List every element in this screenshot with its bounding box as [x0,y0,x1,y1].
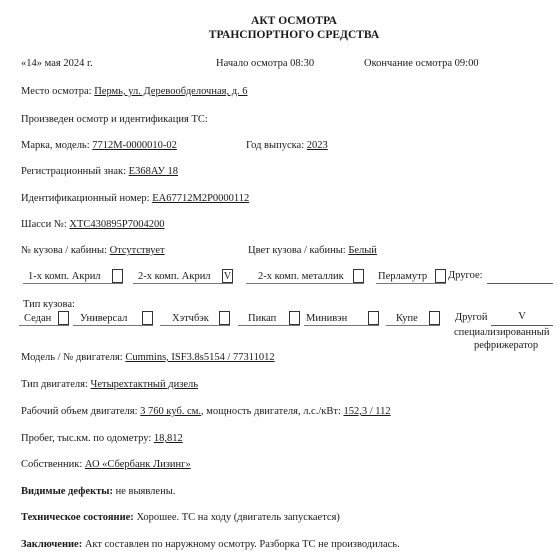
body-type-row: Седан Универсал Хэтчбэк Пикап Минивэн Ку… [0,311,560,327]
defects-label: Видимые дефекты: [21,486,113,497]
paint-option[interactable]: Перламутр [376,269,446,284]
checkbox[interactable] [289,311,300,325]
checkbox[interactable] [435,269,446,283]
title-line-2: ТРАНСПОРТНОГО СРЕДСТВА [0,28,560,42]
engine-volume-value: 3 760 куб. см. [140,406,201,417]
body-type-label-sedan: Седан [24,313,51,324]
paint-other-input[interactable] [487,269,553,284]
engine-power-value: 152,3 / 112 [344,406,391,417]
conclusion-label: Заключение: [21,539,82,550]
inspection-start: Начало осмотра 08:30 [216,58,314,69]
year-value: 2023 [307,140,328,151]
paint-other-label: Другое: [448,270,483,281]
paint-option-label: 2-х комп. металлик [258,271,344,282]
vin-label: Идентификационный номер: [21,193,152,204]
paint-option[interactable]: 2-х комп. металлик [246,269,364,284]
conclusion-value: Акт составлен по наружному осмотру. Разб… [82,539,400,550]
tech-state-value: Хорошее. ТС на ходу (двигатель запускает… [134,512,340,523]
body-type-label-hatchback: Хэтчбэк [172,313,209,324]
checkbox[interactable] [58,311,69,325]
make-model-label: Марка, модель: [21,140,92,151]
checkbox[interactable]: V [222,269,233,283]
vin-field: Идентификационный номер: ЕА67712М2Р00001… [21,193,249,204]
paint-option[interactable]: 2-х комп. Акрил V [133,269,233,284]
inspection-date: «14» мая 2024 г. [21,58,93,69]
checkbox[interactable] [368,311,379,325]
body-type-other-desc-2: рефрижератор [474,340,538,351]
mileage-value: 18,812 [154,433,183,444]
year-field: Год выпуска: 2023 [246,140,328,151]
body-type-option[interactable]: Минивэн [304,311,379,326]
checkbox[interactable] [112,269,123,283]
engine-type-label: Тип двигателя: [21,379,91,390]
chassis-label: Шасси №: [21,219,69,230]
inspection-note: Произведен осмотр и идентификация ТС: [21,114,208,125]
engine-type-value: Четырехтактный дизель [91,379,199,390]
paint-option-label: 2-х комп. Акрил [138,271,211,282]
body-type-label-minivan: Минивэн [306,313,347,324]
owner-label: Собственник: [21,459,85,470]
make-model-value: 7712М-0000010-02 [92,140,177,151]
body-type-other-label: Другой [455,312,487,323]
checkbox[interactable] [353,269,364,283]
body-color-label: Цвет кузова / кабины: [248,245,348,256]
conclusion-field: Заключение: Акт составлен по наружному о… [21,539,400,550]
body-number-label: № кузова / кабины: [21,245,110,256]
body-number-field: № кузова / кабины: Отсутствует [21,245,165,256]
body-number-value: Отсутствует [110,245,165,256]
make-model-field: Марка, модель: 7712М-0000010-02 [21,140,177,151]
tech-state-label: Техническое состояние: [21,512,134,523]
defects-value: не выявлены. [113,486,175,497]
engine-type-field: Тип двигателя: Четырехтактный дизель [21,379,198,390]
body-type-option[interactable]: Седан [19,311,69,326]
body-color-value: Белый [348,245,377,256]
body-type-other-input[interactable]: V [491,311,553,326]
chassis-field: Шасси №: ХТС430895Р7004200 [21,219,164,230]
engine-volume-label: Рабочий объем двигателя: [21,406,140,417]
engine-volume-field: Рабочий объем двигателя: 3 760 куб. см.,… [21,406,391,417]
vin-value: ЕА67712М2Р0000112 [152,193,249,204]
paint-options-row: 1-х комп. Акрил 2-х комп. Акрил V 2-х ко… [0,269,560,285]
body-type-label-pickup: Пикап [248,313,276,324]
checkbox[interactable] [142,311,153,325]
reg-plate-field: Регистрационный знак: Е368АУ 18 [21,166,178,177]
body-type-label-coupe: Купе [396,313,418,324]
body-type-option[interactable]: Универсал [73,311,153,326]
title-line-1: АКТ ОСМОТРА [0,14,560,28]
body-type-label: Тип кузова: [23,299,75,310]
mileage-field: Пробег, тыс.км. по одометру: 18,812 [21,433,183,444]
place-value: Пермь, ул. Деревообделочная, д. 6 [94,86,247,97]
body-type-option[interactable]: Хэтчбэк [160,311,230,326]
body-type-other-desc-1: специализированный [454,327,549,338]
defects-field: Видимые дефекты: не выявлены. [21,486,175,497]
body-type-label-wagon: Универсал [80,313,127,324]
place-label: Место осмотра: [21,86,94,97]
body-color-field: Цвет кузова / кабины: Белый [248,245,377,256]
owner-field: Собственник: АО «Сбербанк Лизинг» [21,459,191,470]
paint-option-label: 1-х комп. Акрил [28,271,101,282]
reg-plate-value: Е368АУ 18 [129,166,178,177]
owner-value: АО «Сбербанк Лизинг» [85,459,191,470]
chassis-value: ХТС430895Р7004200 [69,219,164,230]
checkbox[interactable] [219,311,230,325]
body-type-option[interactable]: Пикап [238,311,300,326]
paint-option-label: Перламутр [378,271,427,282]
paint-option[interactable]: 1-х комп. Акрил [23,269,123,284]
engine-model-field: Модель / № двигателя: Cummins, ISF3.8s51… [21,352,275,363]
body-type-option[interactable]: Купе [386,311,440,326]
engine-power-label: , мощность двигателя, л.с./кВт: [201,406,344,417]
reg-plate-label: Регистрационный знак: [21,166,129,177]
place-field: Место осмотра: Пермь, ул. Деревообделочн… [21,86,248,97]
body-type-other-mark: V [518,311,526,322]
engine-model-label: Модель / № двигателя: [21,352,125,363]
mileage-label: Пробег, тыс.км. по одометру: [21,433,154,444]
inspection-end: Окончание осмотра 09:00 [364,58,479,69]
year-label: Год выпуска: [246,140,307,151]
engine-model-value: Cummins, ISF3.8s5154 / 77311012 [125,352,274,363]
checkbox[interactable] [429,311,440,325]
tech-state-field: Техническое состояние: Хорошее. ТС на хо… [21,512,340,523]
